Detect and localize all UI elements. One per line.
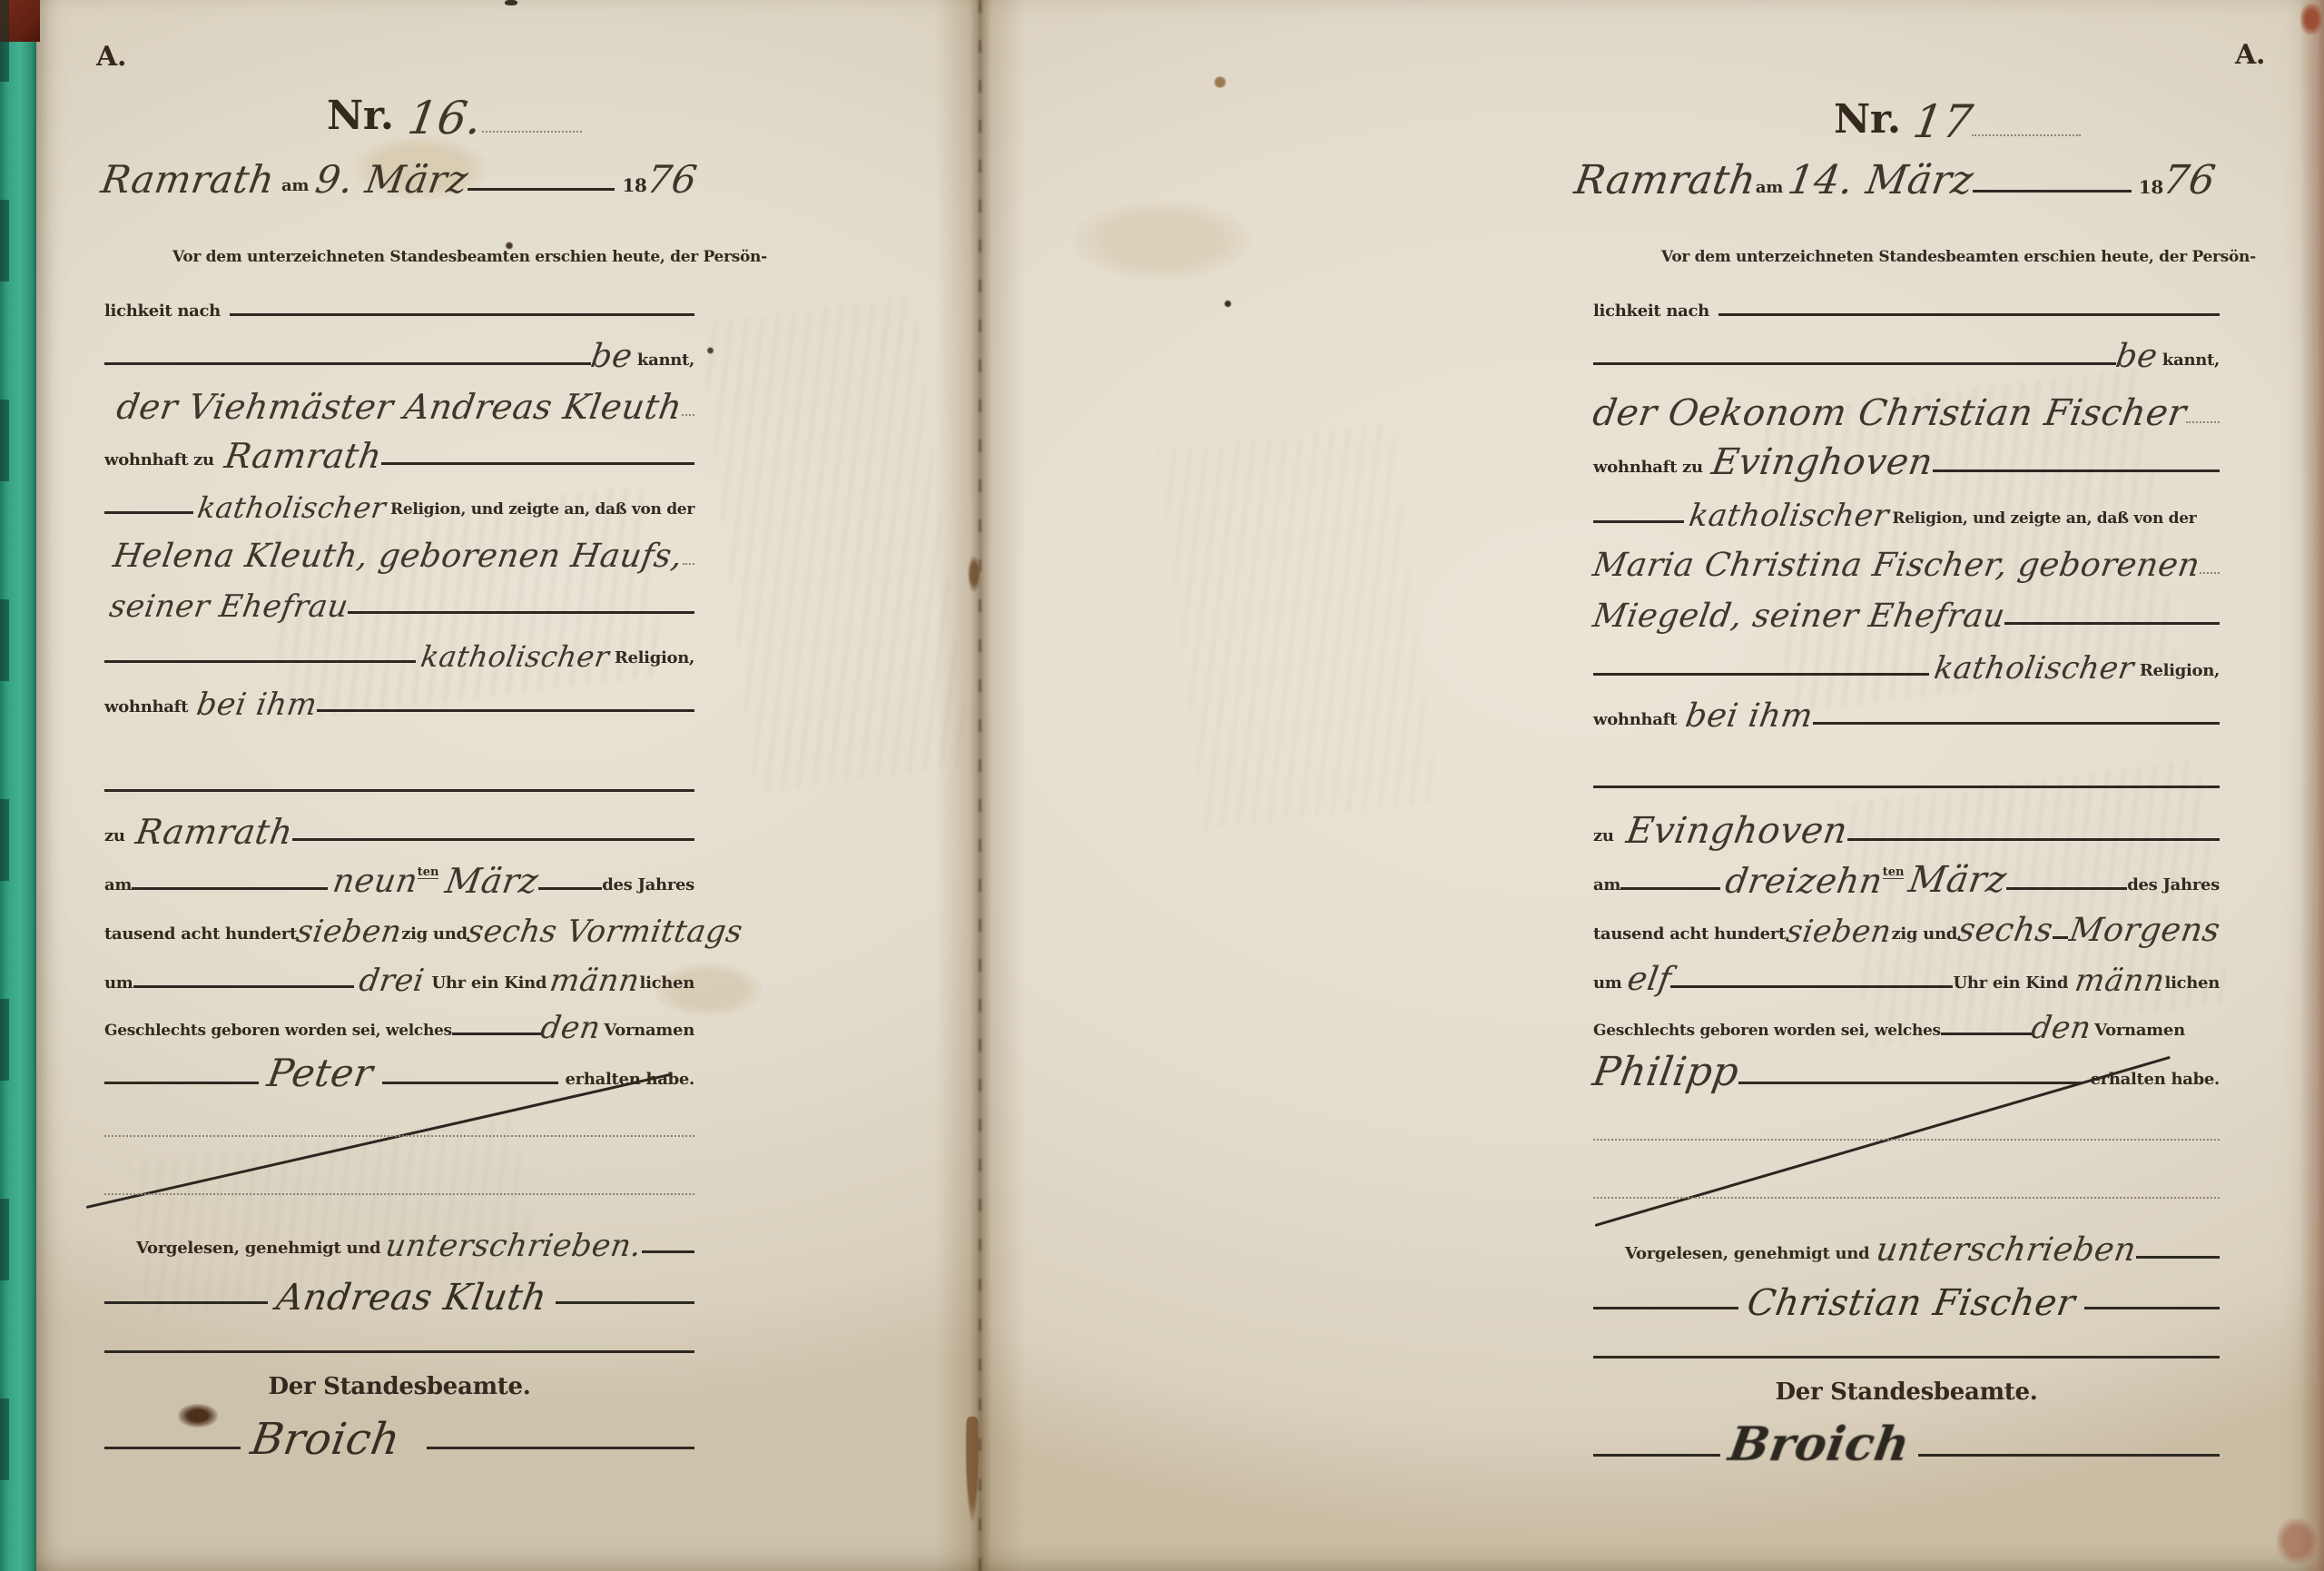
printed-text: Geschlechts geboren worden sei, welches (104, 1023, 452, 1039)
record-line: Vor dem unterzeichneten Standesbeamten e… (172, 222, 696, 265)
blank-fill-line (1593, 1356, 2220, 1359)
record-line: katholischerReligion, (1593, 636, 2220, 679)
record-line: der Viehmäster Andreas Kleuth (104, 376, 694, 420)
handwritten-entry: Miegeld, seiner Ehefrau (1590, 600, 2007, 633)
blank-fill-line (1593, 1307, 1738, 1309)
printed-text: Uhr ein Kind (431, 975, 547, 992)
printed-text: Vor dem unterzeichneten Standesbeamten e… (172, 250, 767, 265)
record-line: amneuntenMärzdes Jahres (104, 850, 694, 894)
handwritten-entry: Peter (265, 1054, 376, 1092)
handwritten-entry: sechs Vormittags (465, 916, 744, 947)
blank-fill-line (230, 313, 694, 316)
printed-text: Vornamen (604, 1023, 694, 1039)
blank-fill-line (1918, 1454, 2220, 1457)
printed-text: lichen (2165, 975, 2220, 992)
printed-text: 18 (2139, 178, 2163, 196)
blank-fill-line (1670, 985, 1953, 988)
record-line: wohnhaftbei ihm (104, 672, 694, 716)
handwritten-entry: elf (1625, 963, 1673, 996)
record-line: der Oekonom Christian Fischer (1593, 383, 2220, 427)
declarant-signature: Broich (248, 1418, 403, 1461)
handwritten-entry: 16. (405, 95, 486, 141)
closing-line: Vorgelesen, genehmigt undunterschrieben. (136, 1213, 694, 1257)
printed-text: wohnhaft (1593, 712, 1677, 728)
handwritten-entry: unterschrieben. (384, 1230, 645, 1261)
handwritten-entry: bei ihm (1683, 700, 1815, 733)
printed-text: am (281, 178, 309, 194)
handwritten-entry: 76 (2161, 161, 2219, 201)
blank-fill-line (1847, 838, 2220, 841)
blank-fill-line (132, 887, 328, 890)
handwritten-entry: März (443, 864, 541, 898)
dotted-guide-line (1593, 1197, 2220, 1199)
record-line: bekannt, (104, 325, 694, 369)
page-edge-right (2300, 0, 2324, 1571)
registrar-signature-line: Broich (104, 1409, 694, 1453)
record-line: Miegeld, seiner Ehefrau (1593, 585, 2220, 628)
blank-fill-line (642, 1250, 694, 1253)
printed-text: zu (1593, 828, 1614, 845)
record-line: seiner Ehefrau (104, 574, 694, 618)
printed-text: kannt, (2162, 352, 2220, 369)
handwritten-entry: sieben (1785, 916, 1895, 947)
dotted-guide-line (2200, 572, 2220, 574)
blank-fill-line (382, 1082, 558, 1084)
handwritten-entry: der Oekonom Christian Fischer (1590, 395, 2189, 431)
record-line: amdreizehntenMärzdes Jahres (1593, 850, 2220, 894)
blank-fill-line (2006, 887, 2127, 890)
printed-text: lichen (640, 975, 694, 992)
record-line (1593, 1319, 2220, 1362)
record-number-line: Nr.16. (327, 93, 626, 136)
corner-letter: A. (96, 27, 169, 71)
record-line: Maria Christina Fischer, geborenen (1593, 534, 2220, 578)
record-line: lichkeit nach (104, 276, 694, 320)
handwritten-entry: katholischer (1687, 500, 1891, 531)
blank-fill-line (1593, 362, 2116, 365)
record-line: Petererhalten habe. (104, 1044, 694, 1088)
handwritten-entry: 9. März (313, 161, 471, 199)
handwritten-entry: neun (330, 865, 420, 898)
printed-text: Religion, (615, 650, 694, 667)
handwritten-entry: be (2113, 341, 2160, 373)
handwritten-entry: unterschrieben (1874, 1234, 2138, 1267)
printed-text: Vornamen (2094, 1023, 2185, 1039)
handwritten-entry: der Viehmäster Andreas Kleuth (114, 390, 684, 424)
blank-fill-line (1593, 673, 1929, 676)
handwritten-entry: den (539, 1013, 604, 1043)
declarant-signature-line: Christian Fischer (1593, 1270, 2220, 1313)
blank-fill-line (104, 1350, 694, 1353)
printed-text: Vorgelesen, genehmigt und (1625, 1246, 1869, 1262)
record-line: wohnhaft zuEvinghoven (1593, 432, 2220, 476)
record-line: umdreiUhr ein Kindmännlichen (104, 948, 694, 992)
printed-text: lichkeit nach (104, 303, 221, 320)
blank-fill-line (1973, 190, 2131, 193)
blank-fill-line (104, 362, 591, 365)
printed-text: 18 (622, 176, 646, 194)
record-line: zuRamrath (104, 801, 694, 845)
corner-letter: A. (2235, 25, 2308, 69)
record-line: zuEvinghoven (1593, 801, 2220, 845)
printed-text: wohnhaft (104, 699, 188, 716)
printed-text: des Jahres (2127, 877, 2220, 894)
book-binding-gutter (935, 0, 1026, 1571)
blank-fill-line (468, 188, 615, 191)
blank-fill-line (2136, 1256, 2220, 1259)
blank-fill-line (1593, 1454, 1720, 1457)
handwritten-entry: Helena Kleuth, geborenen Haufs, (111, 540, 684, 573)
printed-text: am (1593, 877, 1620, 894)
blank-fill-line (2004, 622, 2220, 625)
printed-text: Uhr ein Kind (1953, 975, 2068, 992)
printed-text: tausend acht hundert (1593, 926, 1786, 943)
record-line: Vor dem unterzeichneten Standesbeamten e… (1661, 222, 2220, 265)
record-line: umelfUhr ein Kindmännlichen (1593, 948, 2220, 992)
blank-fill-line (104, 789, 694, 792)
place-date-line: Ramratham9. März1876 (102, 151, 696, 194)
handwritten-entry: 76 (644, 161, 699, 199)
printed-text: Religion, (2140, 663, 2220, 679)
blank-fill-line (104, 660, 416, 663)
blank-fill-line (1593, 785, 2220, 788)
blank-fill-line (1593, 520, 1684, 523)
record-line: Helena Kleuth, geborenen Haufs, (104, 525, 694, 568)
dotted-guide-line (104, 1193, 694, 1195)
blank-guide-line (104, 1155, 694, 1199)
dotted-guide-line (1972, 134, 2081, 136)
printed-text: wohnhaft zu (104, 452, 214, 469)
blank-fill-line (104, 511, 193, 514)
record-line: tausend acht hundertsiebenzig undsechsMo… (1593, 899, 2220, 943)
declarant-signature: Andreas Kluth (274, 1280, 549, 1316)
blank-fill-line (452, 1033, 542, 1035)
handwritten-entry: Evinghoven (1709, 444, 1935, 480)
printed-text: tausend acht hundert (104, 926, 297, 943)
handwritten-entry: katholischer (1933, 653, 2137, 684)
printed-text: wohnhaft zu (1593, 459, 1703, 476)
printed-text: am (104, 877, 132, 894)
handwritten-entry: dreizehn (1723, 864, 1886, 898)
registrar-heading: Der Standesbeamte. (1593, 1360, 2220, 1404)
handwritten-entry: bei ihm (194, 689, 319, 720)
handwritten-entry: den (2029, 1013, 2093, 1043)
blank-fill-line (104, 1447, 241, 1449)
handwritten-entry: be (588, 341, 635, 373)
handwritten-entry: 14. März (1786, 161, 1976, 201)
blank-fill-line (1813, 722, 2220, 725)
printed-text: um (1593, 975, 1622, 992)
blank-fill-line (1738, 1082, 2083, 1084)
handwritten-entry: Morgens (2067, 914, 2222, 947)
printed-text: Nr. (1834, 100, 1901, 140)
blank-fill-line (104, 1301, 268, 1304)
printed-text: Der Standesbeamte. (268, 1375, 530, 1398)
blank-fill-line (381, 462, 694, 465)
handwritten-entry: Ramrath (1572, 161, 1759, 201)
blank-fill-line (2053, 936, 2068, 939)
closing-line: Vorgelesen, genehmigt undunterschrieben (1625, 1219, 2220, 1262)
book-cover-edge (0, 0, 36, 1571)
dotted-guide-line (482, 131, 582, 133)
printed-text: Religion, und zeigte an, daß von der (390, 502, 694, 518)
handwritten-entry: männ (2073, 965, 2168, 996)
place-date-line: Ramratham14. März1876 (1575, 153, 2215, 196)
registrar-signature: Broich (1726, 1421, 1914, 1468)
dotted-guide-line (2186, 421, 2220, 423)
handwritten-entry: Evinghoven (1624, 813, 1850, 849)
record-line: katholischerReligion, und zeigte an, daß… (1593, 483, 2220, 527)
printed-text: zig und (1891, 926, 1957, 943)
printed-text: Geschlechts geboren worden sei, welches (1593, 1023, 1941, 1039)
blank-fill-line (1718, 313, 2220, 316)
handwritten-entry: männ (548, 965, 643, 996)
registrar-heading: Der Standesbeamte. (104, 1355, 694, 1398)
record-number-line: Nr.17 (1834, 96, 2142, 140)
record-line (1593, 748, 2220, 792)
printed-text: Vor dem unterzeichneten Standesbeamten e… (1661, 250, 2256, 265)
record-line: Geschlechts geboren worden sei, welchesd… (1593, 995, 2220, 1039)
printed-text: Der Standesbeamte. (1775, 1380, 2037, 1404)
dotted-guide-line (1593, 1139, 2220, 1141)
blank-fill-line (104, 1082, 259, 1084)
handwritten-entry: 17 (1910, 99, 1976, 144)
record-line: bekannt, (1593, 325, 2220, 369)
blank-guide-line (1593, 1101, 2220, 1144)
handwritten-entry: Ramrath (99, 161, 278, 199)
record-line: lichkeit nach (1593, 276, 2220, 320)
printed-text: zig und (401, 926, 468, 943)
declarant-signature: Christian Fischer (1745, 1285, 2078, 1321)
dotted-guide-line (682, 414, 694, 416)
handwritten-entry: Ramrath (133, 815, 295, 849)
printed-text: um (104, 975, 133, 992)
printed-text: Nr. (327, 96, 394, 136)
blank-fill-line (1933, 469, 2220, 472)
blank-guide-line (1593, 1159, 2220, 1202)
handwritten-entry: März (1906, 862, 2009, 898)
blank-fill-line (133, 985, 355, 988)
printed-text: kannt, (637, 352, 694, 369)
record-line: Philipperhalten habe. (1593, 1044, 2220, 1088)
register-book-spread: A.Nr.16.Ramratham9. März1876Vor dem unte… (0, 0, 2324, 1571)
handwritten-entry: seiner Ehefrau (107, 591, 350, 622)
record-line: Geschlechts geboren worden sei, welchesd… (104, 995, 694, 1039)
blank-fill-line (556, 1301, 694, 1304)
printed-text: lichkeit nach (1593, 303, 1709, 320)
printed-superscript: ten (418, 866, 439, 879)
record-line: wohnhaft zuRamrath (104, 425, 694, 469)
handwritten-entry: sechs (1955, 914, 2055, 947)
record-line (104, 1313, 694, 1357)
handwritten-entry: katholischer (419, 642, 611, 671)
blank-fill-line (348, 611, 694, 614)
blank-fill-line (427, 1447, 694, 1449)
handwritten-entry: Philipp (1590, 1052, 1742, 1092)
handwritten-entry: sieben (294, 916, 404, 947)
printed-text: erhalten habe. (2091, 1072, 2221, 1088)
printed-superscript: ten (1883, 866, 1905, 879)
registrar-signature-line: Broich (1593, 1417, 2220, 1460)
record-line: wohnhaftbei ihm (1593, 685, 2220, 728)
record-line: tausend acht hundertsiebenzig undsechs V… (104, 899, 694, 943)
printed-text: erhalten habe. (566, 1072, 695, 1088)
printed-text: Religion, und zeigte an, daß von der (1892, 511, 2196, 527)
handwritten-entry: Maria Christina Fischer, geborenen (1590, 549, 2202, 582)
blank-fill-line (317, 709, 694, 712)
declarant-signature-line: Andreas Kluth (104, 1264, 694, 1308)
record-line: katholischerReligion, und zeigte an, daß… (104, 474, 694, 518)
blank-fill-line (1620, 887, 1720, 890)
handwritten-entry: Ramrath (222, 439, 384, 473)
dotted-guide-line (683, 563, 694, 565)
printed-text: des Jahres (602, 877, 694, 894)
handwritten-entry: drei (358, 965, 427, 996)
blank-guide-line (104, 1097, 694, 1141)
dotted-guide-line (104, 1135, 694, 1137)
printed-text: am (1756, 180, 1783, 196)
printed-text: zu (104, 828, 125, 845)
blank-fill-line (292, 838, 694, 841)
printed-text: A. (2235, 42, 2265, 69)
record-line (104, 752, 694, 795)
blank-fill-line (538, 887, 602, 890)
printed-text: A. (96, 44, 126, 71)
record-line: katholischerReligion, (104, 623, 694, 667)
blank-fill-line (1941, 1033, 2032, 1035)
blank-fill-line (2084, 1307, 2220, 1309)
printed-text: Vorgelesen, genehmigt und (136, 1240, 380, 1257)
handwritten-entry: katholischer (195, 493, 388, 522)
